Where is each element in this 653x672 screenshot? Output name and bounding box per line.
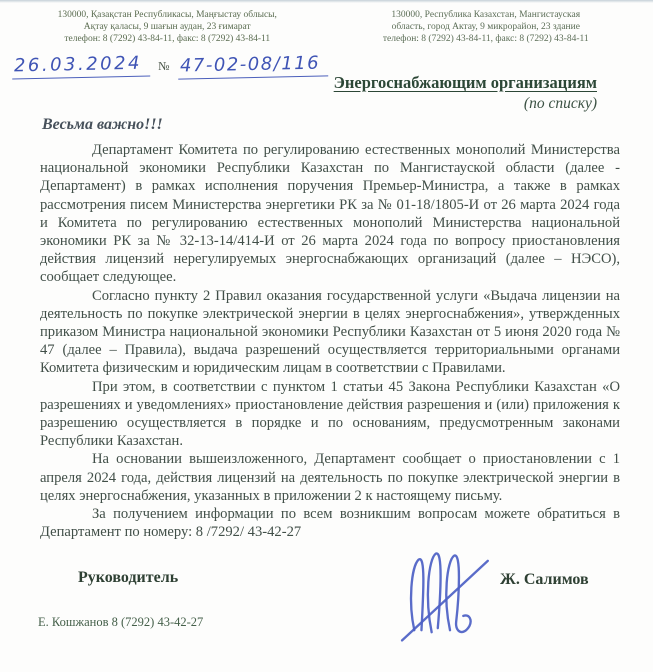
letterhead-line: 130000, Республика Казахстан, Мангистаус… (327, 9, 646, 21)
handwritten-outgoing-number: 47-02-08/116 (177, 52, 328, 79)
letterhead-line: телефон: 8 (7292) 43-84-11, факс: 8 (729… (8, 33, 327, 45)
paragraph-5: За получением информации по всем возникш… (40, 505, 620, 541)
importance-note: Весьма важно!!! (42, 116, 653, 134)
addressee-subtitle: (по списку) (0, 94, 597, 114)
executor-contact: Е. Кошжанов 8 (7292) 43-42-27 (38, 615, 653, 630)
signature-block: Руководитель Ж. Салимов (0, 555, 653, 613)
paragraph-3: При этом, в соответствии с пунктом 1 ста… (40, 378, 620, 451)
paragraph-4: На основании вышеизложенного, Департамен… (40, 450, 620, 505)
letterhead-line: телефон: 8 (7292) 43-84-11, факс: 8 (729… (327, 33, 646, 45)
paragraph-2: Согласно пункту 2 Правил оказания госуда… (40, 287, 620, 378)
paragraph-1: Департамент Комитета по регулированию ес… (40, 141, 620, 287)
letterhead-line: область, город Актау, 9 микрорайон, 23 з… (327, 21, 646, 33)
letter-page: 130000, Қазақстан Республикасы, Маңғыста… (0, 0, 653, 672)
signer-name: Ж. Салимов (500, 571, 589, 589)
number-sign: № (158, 59, 169, 73)
signature-ink-icon (398, 545, 500, 645)
letter-body: Департамент Комитета по регулированию ес… (40, 141, 620, 541)
letterhead-line: Ақтау қаласы, 9 шағын аудан, 23 ғимарат (8, 21, 327, 33)
letterhead-line: 130000, Қазақстан Республикасы, Маңғыста… (8, 9, 327, 21)
letterhead-russian: 130000, Республика Казахстан, Мангистаус… (327, 9, 646, 45)
handwritten-date: 26.03.2024 (12, 53, 151, 80)
addressee-block: Энергоснабжающим организациям (по списку… (0, 72, 653, 114)
position-title: Руководитель (78, 569, 178, 587)
scan-edge-artifact (0, 0, 653, 3)
letterhead-kazakh: 130000, Қазақстан Республикасы, Маңғыста… (8, 9, 327, 45)
letterhead: 130000, Қазақстан Республикасы, Маңғыста… (0, 0, 653, 45)
